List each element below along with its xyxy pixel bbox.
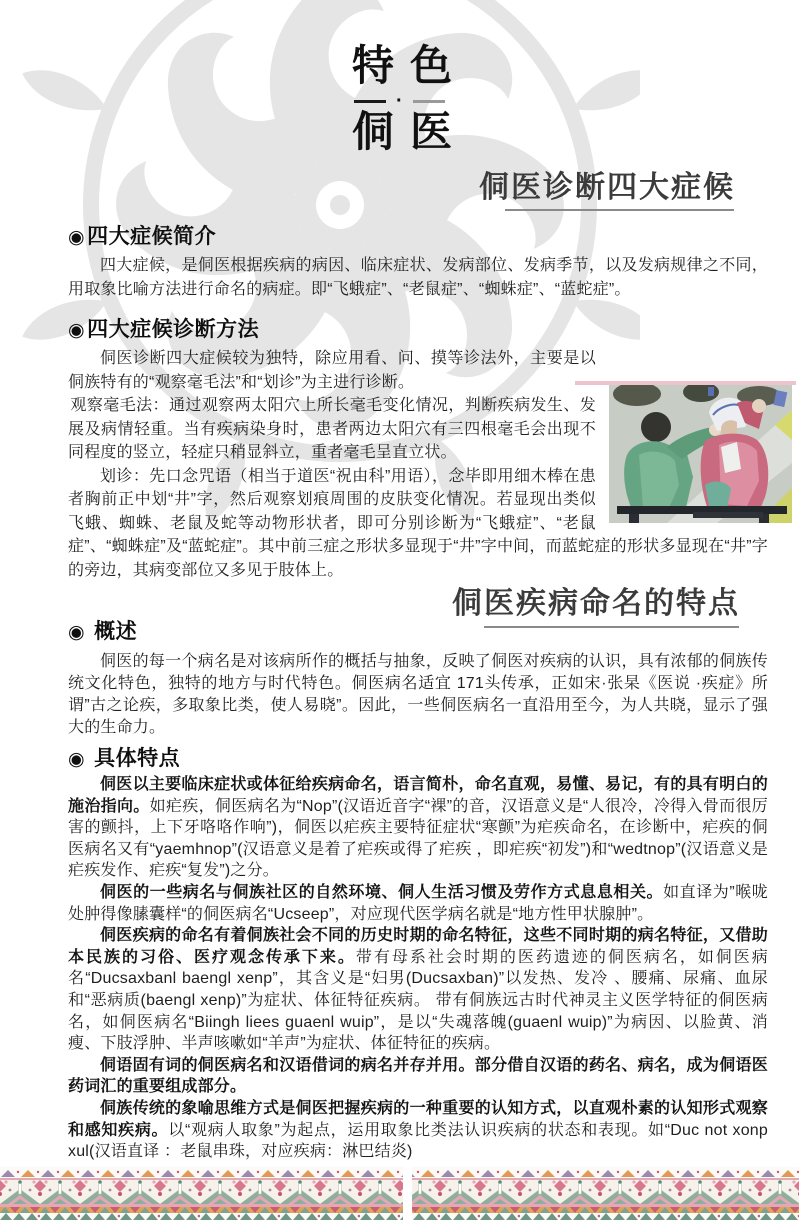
section-features-body: 侗医以主要临床症状或体征给疾病命名，语言简朴，命名直观，易懂、易记，有的具有明白… xyxy=(68,774,768,1163)
paragraph: 侗族传统的象喻思维方式是侗医把握疾病的一种重要的认知方式，以直观朴素的认知形式观… xyxy=(68,1098,768,1163)
section-bullet-icon: ◉ xyxy=(68,320,85,341)
title-divider: · xyxy=(354,96,450,106)
section-heading-overview: ◉概述 xyxy=(68,615,137,645)
section-heading-features: ◉具体特点 xyxy=(68,742,180,772)
diagnosis-photo-image xyxy=(609,385,792,523)
title-bottom: 侗医 xyxy=(352,110,468,156)
masthead-title: 特色 · 侗医 xyxy=(352,44,468,156)
section-bullet-icon: ◉ xyxy=(68,622,85,643)
paragraph: 四大症候，是侗医根据疾病的病因、临床症状、发病部位、发病季节，以及发病规律之不同… xyxy=(68,254,768,302)
divider-dash-right-icon xyxy=(413,100,445,103)
paragraph: 侗语固有词的侗医病名和汉语借词的病名并存并用。部分借自汉语的药名、病名，成为侗语… xyxy=(68,1055,768,1098)
title-top: 特色 xyxy=(352,44,468,90)
part1-header: 侗医诊断四大症候 xyxy=(479,162,735,206)
section-bullet-icon: ◉ xyxy=(68,749,85,770)
paragraph: 侗医的每一个病名是对该病所作的概括与抽象，反映了侗医对疾病的认识，具有浓郁的侗族… xyxy=(68,651,768,739)
part2-header-underline xyxy=(484,626,739,628)
section-heading-label: 具体特点 xyxy=(94,747,180,770)
part2-header: 侗医疾病命名的特点 xyxy=(452,578,740,622)
bottom-border-pattern-icon xyxy=(0,1167,799,1220)
document-page: 特色 · 侗医 侗医诊断四大症候 ◉四大症候简介 四大症候，是侗医根据疾病的病因… xyxy=(0,0,799,1223)
section-intro-body: 四大症候，是侗医根据疾病的病因、临床症状、发病部位、发病季节，以及发病规律之不同… xyxy=(68,254,768,302)
section-heading-label: 四大症候简介 xyxy=(87,225,216,248)
divider-dash-left-icon xyxy=(354,100,386,103)
section-heading-intro: ◉四大症候简介 xyxy=(68,220,216,250)
paragraph: 侗医的一些病名与侗族社区的自然环境、侗人生活习惯及劳作方式息息相关。如直译为”喉… xyxy=(68,882,768,925)
page-content: 特色 · 侗医 侗医诊断四大症候 ◉四大症候简介 四大症候，是侗医根据疾病的病因… xyxy=(0,0,799,1223)
section-overview-body: 侗医的每一个病名是对该病所作的概括与抽象，反映了侗医对疾病的认识，具有浓郁的侗族… xyxy=(68,651,768,739)
section-bullet-icon: ◉ xyxy=(68,227,85,248)
part1-header-underline xyxy=(505,209,734,211)
section-heading-diagnosis: ◉四大症候诊断方法 xyxy=(68,313,259,343)
paragraph: 侗医疾病的命名有着侗族社会不同的历史时期的命名特征，这些不同时期的病名特征，又借… xyxy=(68,925,768,1055)
section-heading-label: 概述 xyxy=(94,620,137,643)
paragraph: 侗医以主要临床症状或体征给疾病命名，语言简朴，命名直观，易懂、易记，有的具有明白… xyxy=(68,774,768,882)
diagnosis-photo xyxy=(609,385,792,523)
section-heading-label: 四大症候诊断方法 xyxy=(87,318,259,341)
divider-dot-icon: · xyxy=(396,96,403,106)
